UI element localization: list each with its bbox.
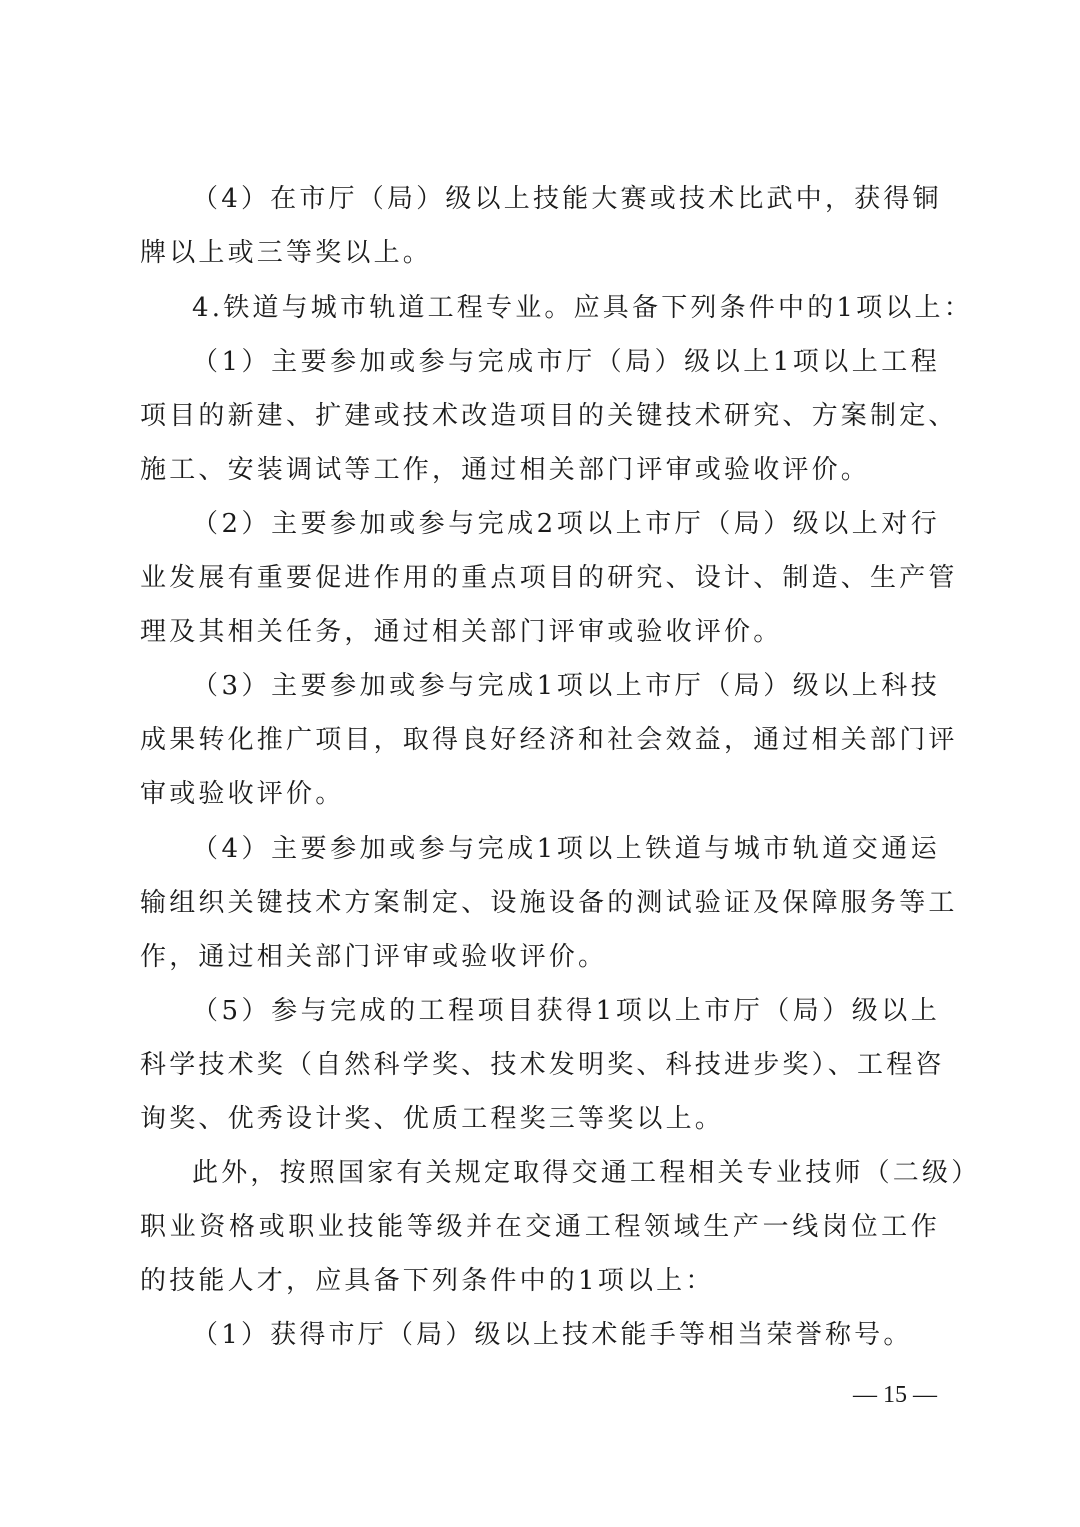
text-line: （1）主要参加或参与完成市厅（局）级以上1项以上工程 [192,345,940,379]
text-line: 的技能人才，应具备下列条件中的1项以上： [140,1264,940,1298]
text-line: 理及其相关任务，通过相关部门评审或验收评价。 [140,615,940,649]
text-line: 4.铁道与城市轨道工程专业。应具备下列条件中的1项以上： [192,291,940,325]
text-line: 施工、安装调试等工作，通过相关部门评审或验收评价。 [140,453,940,487]
text-line: 此外，按照国家有关规定取得交通工程相关专业技师（二级） [192,1156,940,1190]
text-line: （5）参与完成的工程项目获得1项以上市厅（局）级以上 [192,994,940,1028]
text-line: （4）主要参加或参与完成1项以上铁道与城市轨道交通运 [192,832,940,866]
text-line: 职业资格或职业技能等级并在交通工程领域生产一线岗位工作 [140,1210,940,1244]
text-line: （4）在市厅（局）级以上技能大赛或技术比武中，获得铜 [192,182,940,216]
text-line: 牌以上或三等奖以上。 [140,236,940,270]
page-number: — 15 — [845,1380,945,1410]
document-page: （4）在市厅（局）级以上技能大赛或技术比武中，获得铜牌以上或三等奖以上。4.铁道… [0,0,1080,1527]
text-line: 询奖、优秀设计奖、优质工程奖三等奖以上。 [140,1102,940,1136]
text-line: （3）主要参加或参与完成1项以上市厅（局）级以上科技 [192,669,940,703]
text-line: 输组织关键技术方案制定、设施设备的测试验证及保障服务等工 [140,886,940,920]
text-line: 作，通过相关部门评审或验收评价。 [140,940,940,974]
text-line: 审或验收评价。 [140,777,940,811]
text-line: （1）获得市厅（局）级以上技术能手等相当荣誉称号。 [192,1318,940,1352]
text-line: 项目的新建、扩建或技术改造项目的关键技术研究、方案制定、 [140,399,940,433]
text-line: （2）主要参加或参与完成2项以上市厅（局）级以上对行 [192,507,940,541]
text-line: 科学技术奖（自然科学奖、技术发明奖、科技进步奖）、工程咨 [140,1048,940,1082]
text-line: 业发展有重要促进作用的重点项目的研究、设计、制造、生产管 [140,561,940,595]
text-line: 成果转化推广项目，取得良好经济和社会效益，通过相关部门评 [140,723,940,757]
